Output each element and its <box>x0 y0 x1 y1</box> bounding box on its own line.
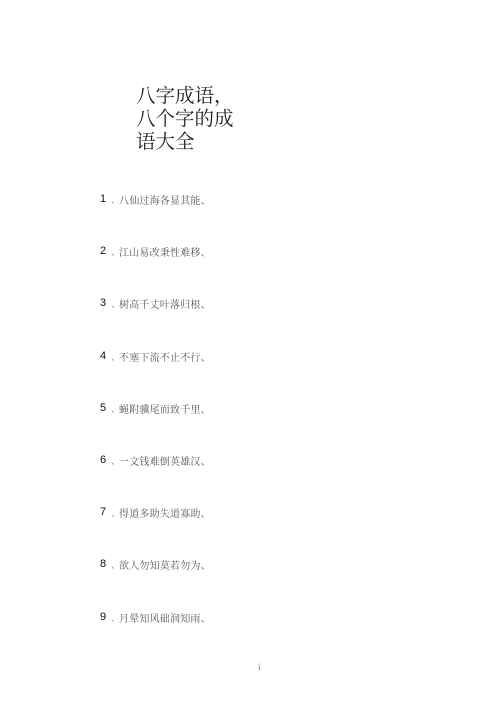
item-number: 1 <box>100 193 111 205</box>
page-number: i <box>258 662 261 672</box>
list-item: 9 、 月晕知风础润知雨、 <box>100 609 211 625</box>
item-separator: 、 <box>111 350 119 363</box>
item-number: 6 <box>100 454 111 466</box>
list-item: 5 、 蝇附骥尾而致千里、 <box>100 400 211 416</box>
item-text: 蝇附骥尾而致千里、 <box>119 401 211 416</box>
item-text: 八仙过海各显其能、 <box>119 192 211 207</box>
item-number: 3 <box>100 297 111 309</box>
title-line: 语大全 <box>136 130 234 153</box>
list-item: 7 、 得道多助失道寡助、 <box>100 504 211 520</box>
item-number: 5 <box>100 402 111 414</box>
item-separator: 、 <box>111 558 119 571</box>
item-separator: 、 <box>111 506 119 519</box>
item-separator: 、 <box>111 454 119 467</box>
item-text: 江山易改秉性难移、 <box>119 244 211 259</box>
item-separator: 、 <box>111 245 119 258</box>
item-text: 不塞下流不止不行、 <box>119 349 211 364</box>
item-separator: 、 <box>111 193 119 206</box>
list-item: 3 、 树高千丈叶落归根、 <box>100 295 211 311</box>
list-item: 2 、 江山易改秉性难移、 <box>100 243 211 259</box>
document-title: 八字成语， 八个字的成 语大全 <box>136 84 234 153</box>
item-separator: 、 <box>111 297 119 310</box>
item-number: 2 <box>100 245 111 257</box>
title-line: 八个字的成 <box>136 107 234 130</box>
item-number: 9 <box>100 611 111 623</box>
item-text: 树高千丈叶落归根、 <box>119 296 211 311</box>
item-separator: 、 <box>111 611 119 624</box>
item-text: 欲人勿知莫若勿为、 <box>119 557 211 572</box>
item-number: 8 <box>100 558 111 570</box>
item-text: 得道多助失道寡助、 <box>119 505 211 520</box>
item-separator: 、 <box>111 402 119 415</box>
list-item: 6 、 一文钱难倒英雄汉、 <box>100 452 211 468</box>
item-number: 7 <box>100 506 111 518</box>
item-text: 一文钱难倒英雄汉、 <box>119 453 211 468</box>
item-text: 月晕知风础润知雨、 <box>119 610 211 625</box>
list-item: 4 、 不塞下流不止不行、 <box>100 348 211 364</box>
item-number: 4 <box>100 350 111 362</box>
list-item: 1 、 八仙过海各显其能、 <box>100 191 211 207</box>
list-item: 8 、 欲人勿知莫若勿为、 <box>100 556 211 572</box>
title-line: 八字成语， <box>136 84 234 107</box>
